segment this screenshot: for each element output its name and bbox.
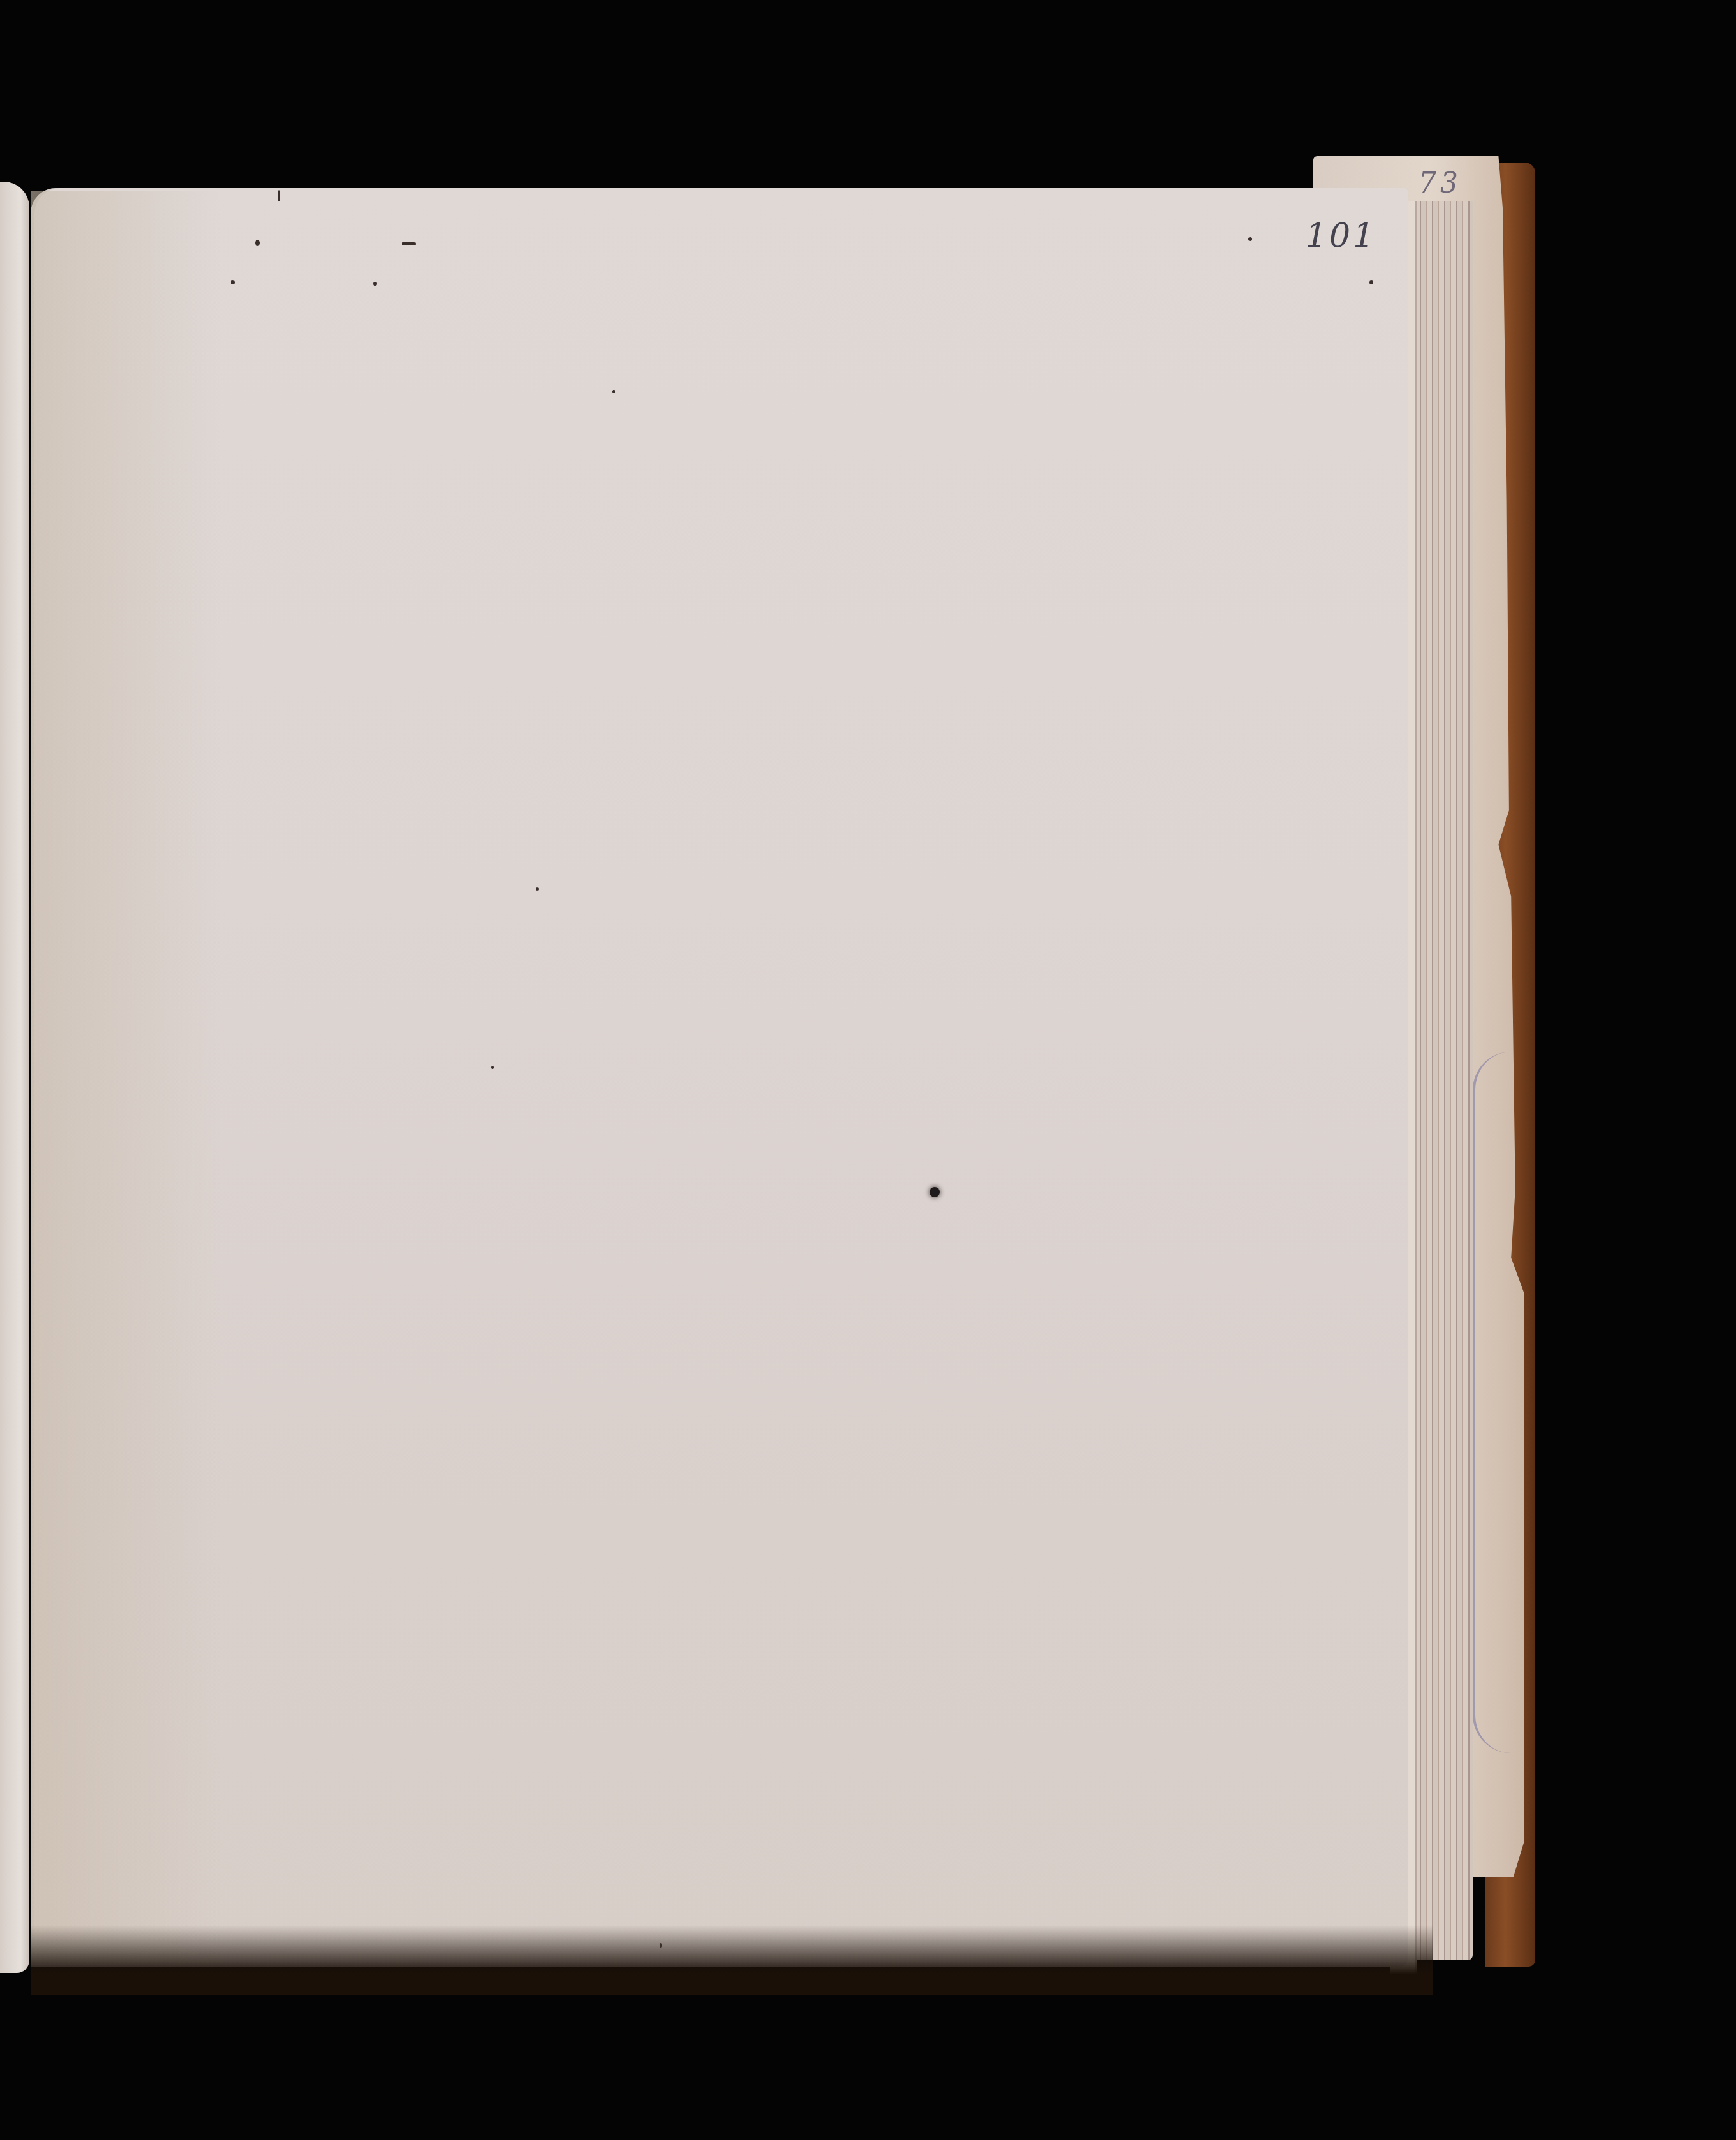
ink-speck xyxy=(402,242,416,245)
ink-speck xyxy=(1369,280,1373,284)
ink-speck xyxy=(255,240,260,246)
ink-blot xyxy=(930,1187,940,1197)
left-facing-page xyxy=(0,182,29,1973)
book-photograph: 73 101 xyxy=(0,0,1736,2140)
gutter-shadow xyxy=(31,191,222,1963)
ink-speck xyxy=(660,1943,662,1948)
ink-speck xyxy=(231,280,235,284)
back-leaf-page-number: 73 xyxy=(1419,167,1462,200)
ink-speck xyxy=(373,282,377,286)
ink-speck xyxy=(1248,237,1252,241)
bottom-edge-shadow xyxy=(31,1925,1433,1995)
folio-page-number: 101 xyxy=(1306,217,1376,255)
ink-speck xyxy=(612,390,615,393)
blue-pencil-marks xyxy=(1473,1052,1571,1753)
main-page xyxy=(31,188,1408,1967)
ink-speck xyxy=(278,190,280,201)
ink-speck xyxy=(491,1066,494,1069)
ink-speck xyxy=(536,887,539,891)
